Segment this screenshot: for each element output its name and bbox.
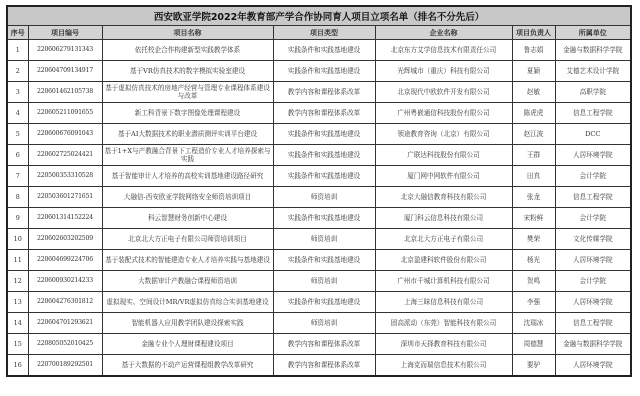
table-row: 5220600676091043基于AI大数据技术的职业潜质测评实训平台建设实践…	[7, 124, 631, 145]
project-code-cell: 220605211091655	[28, 103, 102, 124]
project-code-cell: 220700189292501	[28, 355, 102, 377]
project-code-cell: 220600930214233	[28, 271, 102, 292]
affiliated-unit-cell: 会计学院	[555, 271, 631, 292]
company-name-cell: 北京东方艾学信息技术有限责任公司	[375, 40, 512, 61]
company-name-cell: 广联达科技股份有限公司	[375, 145, 512, 166]
project-list-table: 西安欧亚学院2022年教育部产学合作协同育人项目立项名单（排名不分先后） 序号 …	[6, 5, 632, 377]
project-code-cell: 220500353310528	[28, 166, 102, 187]
row-index-cell: 2	[7, 61, 28, 82]
row-index-cell: 7	[7, 166, 28, 187]
col-header-company: 企业名称	[375, 26, 512, 40]
company-name-cell: 北京大融信教育科技有限公司	[375, 187, 512, 208]
project-leader-cell: 夏颖	[512, 61, 555, 82]
project-type-cell: 实践条件和实践基地建设	[273, 292, 375, 313]
table-row: 14220604701293621智能机器人应用教学团队建设探索实践师资培训固高…	[7, 313, 631, 334]
company-name-cell: 北京盈建科软件股份有限公司	[375, 250, 512, 271]
company-name-cell: 广州市千城计算机科技有限公司	[375, 271, 512, 292]
table-row: 2220604709134917基于VR仿真技术的数字模拟实验室建设实践条件和实…	[7, 61, 631, 82]
row-index-cell: 10	[7, 229, 28, 250]
project-type-cell: 教学内容和课程体系改革	[273, 334, 375, 355]
project-code-cell: 220604709134917	[28, 61, 102, 82]
table-row: 9220601314152224科云智慧财务创新中心建设实践条件和实践基地建设厦…	[7, 208, 631, 229]
row-index-cell: 11	[7, 250, 28, 271]
table-row: 15220805052010425金融专业个人理财课程建设项目教学内容和课程体系…	[7, 334, 631, 355]
sheet-title: 西安欧亚学院2022年教育部产学合作协同育人项目立项名单（排名不分先后）	[7, 6, 631, 26]
project-name-cell: 新工科背景下数字图像处理课程建设	[102, 103, 273, 124]
col-header-leader: 项目负责人	[512, 26, 555, 40]
company-name-cell: 领途教育咨询（北京）有限公司	[375, 124, 512, 145]
project-code-cell: 220503601271651	[28, 187, 102, 208]
row-index-cell: 9	[7, 208, 28, 229]
row-index-cell: 8	[7, 187, 28, 208]
project-type-cell: 实践条件和实践基地建设	[273, 166, 375, 187]
project-leader-cell: 樊荣	[512, 229, 555, 250]
project-leader-cell: 周德慧	[512, 334, 555, 355]
project-type-cell: 师资培训	[273, 271, 375, 292]
project-name-cell: 基于AI大数据技术的职业潜质测评实训平台建设	[102, 124, 273, 145]
col-header-name: 项目名称	[102, 26, 273, 40]
project-type-cell: 教学内容和课程体系改革	[273, 355, 375, 377]
project-leader-cell: 李强	[512, 292, 555, 313]
table-row: 11220604699224706基于装配式技术的智能建造专业人才培养实践与基地…	[7, 250, 631, 271]
project-code-cell: 220601314152224	[28, 208, 102, 229]
table-row: 6220602725024421基于1+X与产教融合背景下工程造价专业人才培养探…	[7, 145, 631, 166]
project-name-cell: 虚拟现实、空间设计MR/VR虚拟仿真综合实训基地建设	[102, 292, 273, 313]
affiliated-unit-cell: 会计学院	[555, 166, 631, 187]
project-leader-cell: 王群	[512, 145, 555, 166]
affiliated-unit-cell: 文化传媒学院	[555, 229, 631, 250]
company-name-cell: 固高派动（东莞）智能科技有限公司	[375, 313, 512, 334]
table-row: 3220601462105738基于虚拟仿真技术的房地产经营与管理专业课程体系建…	[7, 82, 631, 103]
col-header-code: 项目编号	[28, 26, 102, 40]
affiliated-unit-cell: 信息工程学院	[555, 313, 631, 334]
table-row: 16220700189292501基于大数据的不动产运营课程组教学改革研究教学内…	[7, 355, 631, 377]
affiliated-unit-cell: 信息工程学院	[555, 187, 631, 208]
company-name-cell: 深圳市天择教育科技有限公司	[375, 334, 512, 355]
project-type-cell: 教学内容和课程体系改革	[273, 82, 375, 103]
table-row: 10220602603202509北京北大方正电子有限公司师资培训项目师资培训北…	[7, 229, 631, 250]
project-name-cell: 基于装配式技术的智能建造专业人才培养实践与基地建设	[102, 250, 273, 271]
row-index-cell: 6	[7, 145, 28, 166]
row-index-cell: 12	[7, 271, 28, 292]
project-type-cell: 实践条件和实践基地建设	[273, 124, 375, 145]
project-leader-cell: 赵江波	[512, 124, 555, 145]
project-name-cell: 大融信-西安欧亚学院网络安全师资培训项目	[102, 187, 273, 208]
project-name-cell: 基于虚拟仿真技术的房地产经营与管理专业课程体系建设与改革	[102, 82, 273, 103]
company-name-cell: 广州粤嵌通信科技股份有限公司	[375, 103, 512, 124]
project-leader-cell: 贺鸣	[512, 271, 555, 292]
company-name-cell: 光辉城市（重庆）科技有限公司	[375, 61, 512, 82]
project-type-cell: 实践条件和实践基地建设	[273, 250, 375, 271]
header-row: 序号 项目编号 项目名称 项目类型 企业名称 项目负责人 所属单位	[7, 26, 631, 40]
project-leader-cell: 张龙	[512, 187, 555, 208]
col-header-unit: 所属单位	[555, 26, 631, 40]
project-name-cell: 基于智能审计人才培养的高校实训基地建设路径研究	[102, 166, 273, 187]
affiliated-unit-cell: 高职学院	[555, 82, 631, 103]
row-index-cell: 16	[7, 355, 28, 377]
table-row: 8220503601271651大融信-西安欧亚学院网络安全师资培训项目师资培训…	[7, 187, 631, 208]
project-type-cell: 实践条件和实践基地建设	[273, 145, 375, 166]
table-row: 4220605211091655新工科背景下数字图像处理课程建设教学内容和课程体…	[7, 103, 631, 124]
project-code-cell: 220602603202509	[28, 229, 102, 250]
affiliated-unit-cell: 人居环境学院	[555, 250, 631, 271]
project-name-cell: 依托校企合作构建新型实践教学体系	[102, 40, 273, 61]
project-type-cell: 师资培训	[273, 187, 375, 208]
company-name-cell: 北京现代中欧软件开发有限公司	[375, 82, 512, 103]
project-leader-cell: 陈虎虎	[512, 103, 555, 124]
affiliated-unit-cell: 金融与数据科学学院	[555, 334, 631, 355]
project-leader-cell: 宋粉鲜	[512, 208, 555, 229]
project-code-cell: 220805052010425	[28, 334, 102, 355]
affiliated-unit-cell: 人居环境学院	[555, 355, 631, 377]
project-code-cell: 220601462105738	[28, 82, 102, 103]
project-leader-cell: 田真	[512, 166, 555, 187]
affiliated-unit-cell: 金融与数据科学学院	[555, 40, 631, 61]
row-index-cell: 3	[7, 82, 28, 103]
row-index-cell: 13	[7, 292, 28, 313]
col-header-type: 项目类型	[273, 26, 375, 40]
project-leader-cell: 杨光	[512, 250, 555, 271]
project-type-cell: 实践条件和实践基地建设	[273, 61, 375, 82]
project-name-cell: 北京北大方正电子有限公司师资培训项目	[102, 229, 273, 250]
project-leader-cell: 沈瑞冰	[512, 313, 555, 334]
project-code-cell: 220604701293621	[28, 313, 102, 334]
company-name-cell: 厦门网中网软件有限公司	[375, 166, 512, 187]
project-code-cell: 220604699224706	[28, 250, 102, 271]
company-name-cell: 北京北大方正电子有限公司	[375, 229, 512, 250]
company-name-cell: 上海三昧信息科技有限公司	[375, 292, 512, 313]
affiliated-unit-cell: DCC	[555, 124, 631, 145]
table-row: 7220500353310528基于智能审计人才培养的高校实训基地建设路径研究实…	[7, 166, 631, 187]
project-name-cell: 基于VR仿真技术的数字模拟实验室建设	[102, 61, 273, 82]
affiliated-unit-cell: 艾德艺术设计学院	[555, 61, 631, 82]
project-code-cell: 220604276301812	[28, 292, 102, 313]
row-index-cell: 14	[7, 313, 28, 334]
col-header-index: 序号	[7, 26, 28, 40]
project-type-cell: 实践条件和实践基地建设	[273, 208, 375, 229]
table-row: 12220600930214233大数据审计产教融合课程师资培训师资培训广州市千…	[7, 271, 631, 292]
row-index-cell: 15	[7, 334, 28, 355]
project-name-cell: 基于1+X与产教融合背景下工程造价专业人才培养探索与实践	[102, 145, 273, 166]
project-type-cell: 师资培训	[273, 313, 375, 334]
table-row: 13220604276301812虚拟现实、空间设计MR/VR虚拟仿真综合实训基…	[7, 292, 631, 313]
affiliated-unit-cell: 人居环境学院	[555, 292, 631, 313]
project-code-cell: 220606279131343	[28, 40, 102, 61]
affiliated-unit-cell: 人居环境学院	[555, 145, 631, 166]
project-name-cell: 金融专业个人理财课程建设项目	[102, 334, 273, 355]
row-index-cell: 4	[7, 103, 28, 124]
project-name-cell: 科云智慧财务创新中心建设	[102, 208, 273, 229]
company-name-cell: 上海克而瑞信息技术有限公司	[375, 355, 512, 377]
affiliated-unit-cell: 会计学院	[555, 208, 631, 229]
project-leader-cell: 赵敏	[512, 82, 555, 103]
project-code-cell: 220600676091043	[28, 124, 102, 145]
project-name-cell: 智能机器人应用教学团队建设探索实践	[102, 313, 273, 334]
project-type-cell: 师资培训	[273, 229, 375, 250]
project-name-cell: 基于大数据的不动产运营课程组教学改革研究	[102, 355, 273, 377]
table-row: 1220606279131343依托校企合作构建新型实践教学体系实践条件和实践基…	[7, 40, 631, 61]
row-index-cell: 5	[7, 124, 28, 145]
project-type-cell: 实践条件和实践基地建设	[273, 40, 375, 61]
project-code-cell: 220602725024421	[28, 145, 102, 166]
project-leader-cell: 鲁志娟	[512, 40, 555, 61]
project-name-cell: 大数据审计产教融合课程师资培训	[102, 271, 273, 292]
row-index-cell: 1	[7, 40, 28, 61]
project-leader-cell: 要驴	[512, 355, 555, 377]
company-name-cell: 厦门科云信息科技有限公司	[375, 208, 512, 229]
project-type-cell: 教学内容和课程体系改革	[273, 103, 375, 124]
affiliated-unit-cell: 信息工程学院	[555, 103, 631, 124]
